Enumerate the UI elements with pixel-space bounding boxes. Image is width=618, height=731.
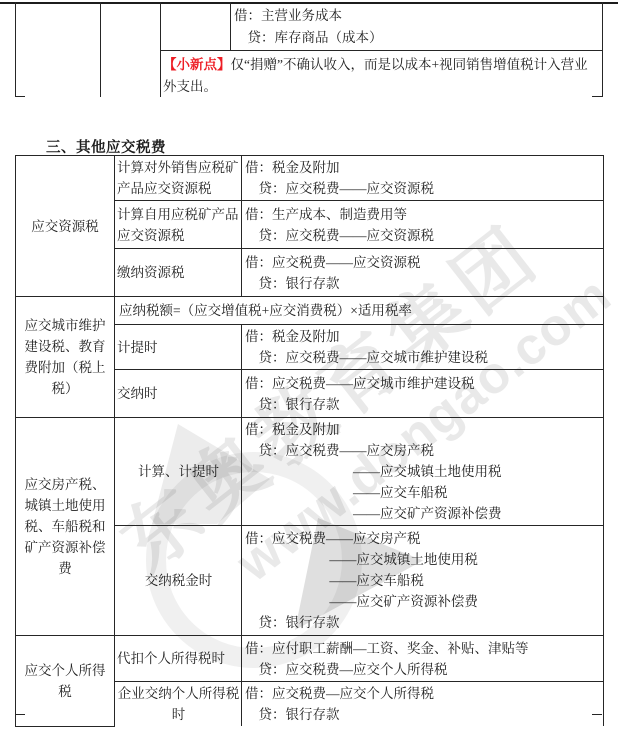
cell-group-label-urban-maintenance-tax: 应交城市维护建设税、教育费附加（税上税） [16,297,115,418]
cell-when: 计算自用应税矿产品应交资源税 [115,201,242,249]
top-journal-entry: 借：主营业务成本 贷：库存商品（成本） [234,5,383,49]
main-table-corner-tick-right [592,714,602,715]
top-horizontal-rule [0,2,618,4]
cell-when: 交纳时 [115,370,242,418]
cell-when: 交纳税金时 [115,526,242,636]
cell-journal-entry: 借：税金及附加 贷：应交税费——应交房产税 ——应交城镇土地使用税 ——应交车船… [242,418,604,526]
cell-group-label-resource-tax: 应交资源税 [16,156,115,297]
cell-group-label-property-tax: 应交房产税、城镇土地使用税、车船税和矿产资源补偿费 [16,418,115,636]
table-row: 应交资源税 计算对外销售应税矿产品应交资源税 借：税金及附加 贷：应交税费——应… [16,156,604,201]
document-page: 东奥教育集团 www.dongao.com 借：主营业务成本 贷：库存商品（成本… [0,0,618,731]
page-content: 借：主营业务成本 贷：库存商品（成本） 【小新点】仅“捐赠”不确认收入，而是以成… [0,0,618,731]
cell-journal-entry: 借：应付职工薪酬—工资、奖金、补贴、津贴等 贷：应交税费—应交个人所得税 [242,636,604,682]
top-table-divider-1 [100,2,101,97]
cell-when: 计提时 [115,325,242,370]
cell-journal-entry: 借：税金及附加 贷：应交税费——应交资源税 [242,156,604,201]
top-table-corner-tick-left [15,96,25,97]
table-row: 应交城市维护建设税、教育费附加（税上税） 应纳税额=（应交增值税+应交消费税）×… [16,297,604,325]
cell-journal-entry: 借：应交税费——应交房产税 ——应交城镇土地使用税 ——应交车船税 ——应交矿产… [242,526,604,636]
cell-when: 代扣个人所得税时 [115,636,242,682]
cell-journal-entry: 借：应交税费——应交城市维护建设税 贷：银行存款 [242,370,604,418]
main-table-corner-tick-left [15,714,25,715]
section-title: 三、其他应交税费 [46,136,166,157]
cell-journal-entry: 借：应交税费——应交资源税 贷：银行存款 [242,249,604,297]
top-table-divider-3 [230,2,231,50]
table-row: 应交个人所得税 代扣个人所得税时 借：应付职工薪酬—工资、奖金、补贴、津贴等 贷… [16,636,604,682]
note-tag: 【小新点】 [163,57,231,72]
top-table-border-left [15,2,16,97]
cell-when: 企业交纳个人所得税时 [115,682,242,727]
note-box: 【小新点】仅“捐赠”不确认收入，而是以成本+视同销售增值税计入营业外支出。 [163,54,599,98]
cell-journal-entry: 借：应交税费—应交个人所得税 贷：银行存款 [242,682,604,727]
top-table-border-right [602,2,603,97]
cell-tax-formula: 应纳税额=（应交增值税+应交消费税）×适用税率 [115,297,604,325]
other-taxes-table: 应交资源税 计算对外销售应税矿产品应交资源税 借：税金及附加 贷：应交税费——应… [15,155,604,727]
top-table-row-divider [160,50,602,51]
cell-group-label-personal-income-tax: 应交个人所得税 [16,636,115,727]
cell-journal-entry: 借：税金及附加 贷：应交税费——应交城市维护建设税 [242,325,604,370]
cell-when: 计算、计提时 [115,418,242,526]
cell-when: 计算对外销售应税矿产品应交资源税 [115,156,242,201]
cell-journal-entry: 借：生产成本、制造费用等 贷：应交税费——应交资源税 [242,201,604,249]
table-row: 应交房产税、城镇土地使用税、车船税和矿产资源补偿费 计算、计提时 借：税金及附加… [16,418,604,526]
cell-when: 缴纳资源税 [115,249,242,297]
